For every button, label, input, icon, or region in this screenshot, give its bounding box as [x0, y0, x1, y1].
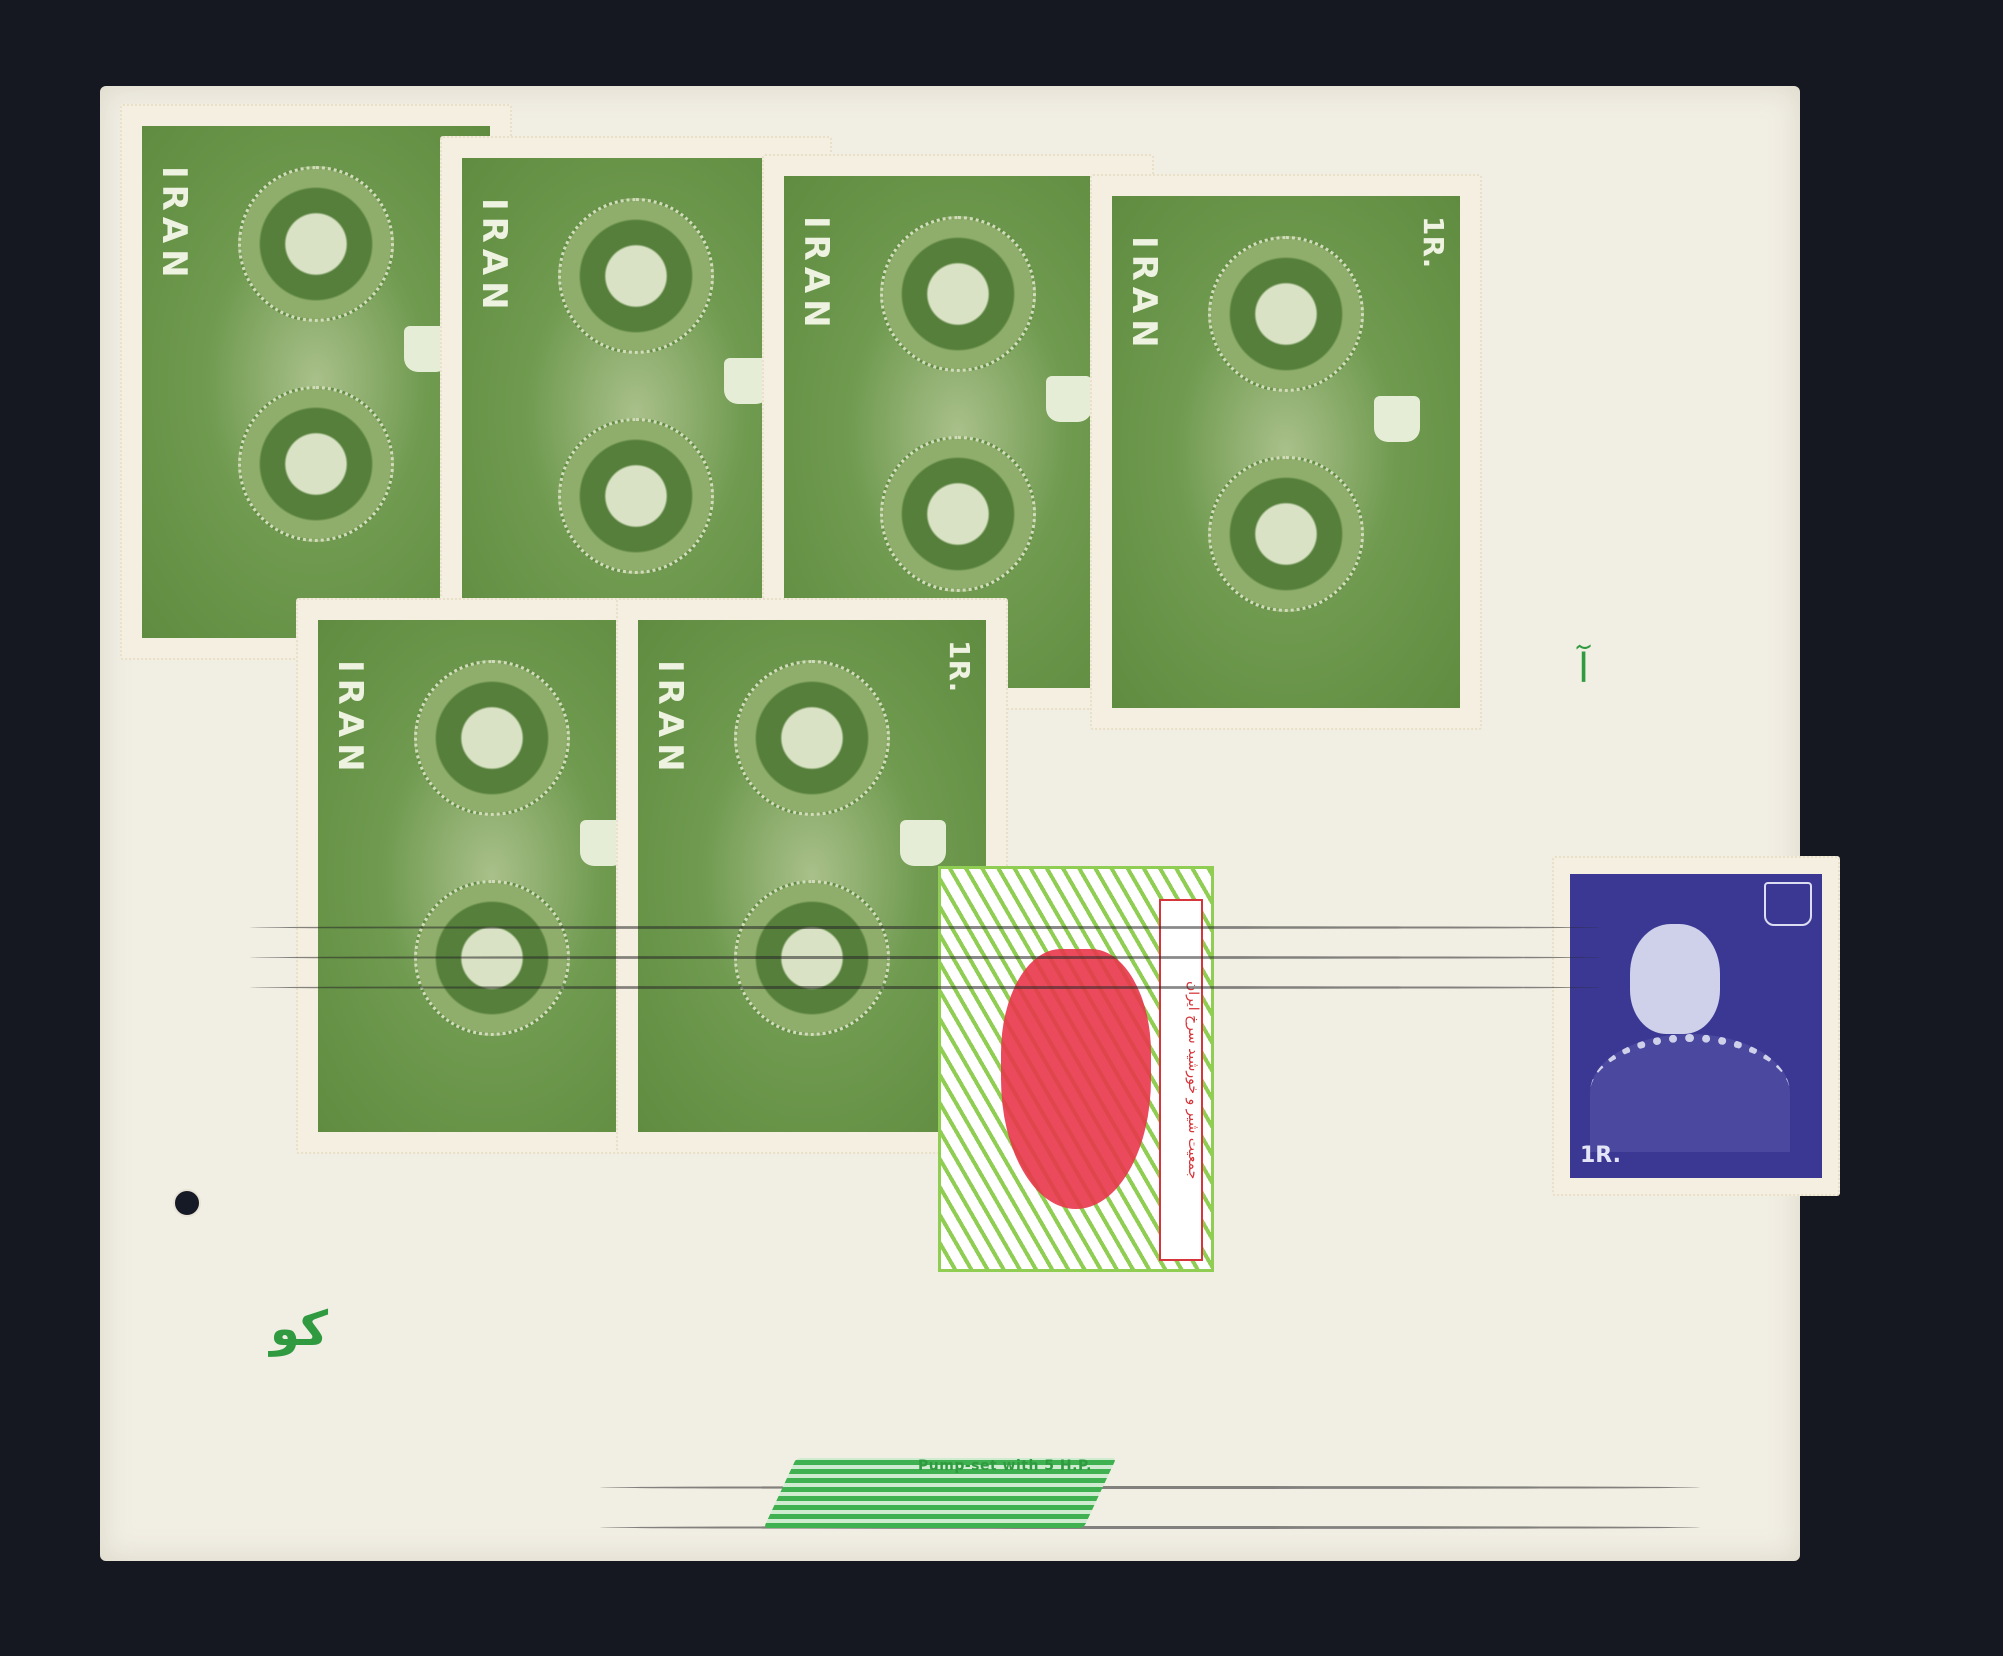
uniform — [1590, 1034, 1790, 1152]
stamp-country: IRAN — [650, 660, 690, 778]
crown-icon — [1374, 396, 1420, 442]
shah-portrait — [558, 418, 714, 574]
punch-hole — [173, 1189, 201, 1217]
queen-portrait — [558, 198, 714, 354]
queen-portrait — [238, 166, 394, 322]
handwritten-mark: آ — [1578, 646, 1589, 692]
stamp-denomination: 1R. — [1417, 216, 1450, 268]
stamp-face: IRAN 1R. — [638, 620, 986, 1132]
queen-portrait — [1208, 236, 1364, 392]
stamp-denomination: 1R. — [1580, 1143, 1621, 1168]
stamp-face: IRAN 1R. — [318, 620, 666, 1132]
crown-icon — [1764, 882, 1812, 926]
stamp-denomination: 1R. — [943, 640, 976, 692]
postmark-line — [600, 1486, 1700, 1489]
green-stamp: IRAN 1R. — [1090, 174, 1482, 730]
postmark-line — [250, 926, 1600, 929]
charity-inscription: جمعیت شیر و خورشید سرخ ایران — [1159, 899, 1203, 1261]
crown-icon — [1046, 376, 1092, 422]
envelope: IRAN 1R. IRAN 1R. IRAN 1R. IRAN — [100, 86, 1800, 1561]
handwritten-note: کو — [270, 1301, 328, 1357]
crown-icon — [900, 820, 946, 866]
postmark-line — [250, 956, 1600, 959]
shah-portrait — [238, 386, 394, 542]
postmark-line — [250, 986, 1600, 989]
queen-portrait — [734, 660, 890, 816]
stamp-face: 1R. — [1570, 874, 1822, 1178]
stamp-face: IRAN 1R. — [462, 158, 810, 670]
stamp-country: IRAN — [154, 166, 194, 284]
stamp-country: IRAN — [330, 660, 370, 778]
shah-portrait — [1208, 456, 1364, 612]
shah-portrait — [1630, 924, 1720, 1034]
stamp-face: IRAN 1R. — [1112, 196, 1460, 708]
queen-portrait — [414, 660, 570, 816]
stamp-face: IRAN 1R. — [142, 126, 490, 638]
stamp-country: IRAN — [1124, 236, 1164, 354]
shah-portrait — [880, 436, 1036, 592]
queen-portrait — [880, 216, 1036, 372]
blue-shah-stamp: 1R. — [1552, 856, 1840, 1196]
stamp-country: IRAN — [474, 198, 514, 316]
stamp-country: IRAN — [796, 216, 836, 334]
imprint-caption: Pump-set with 5 H.P. — [918, 1458, 1092, 1474]
